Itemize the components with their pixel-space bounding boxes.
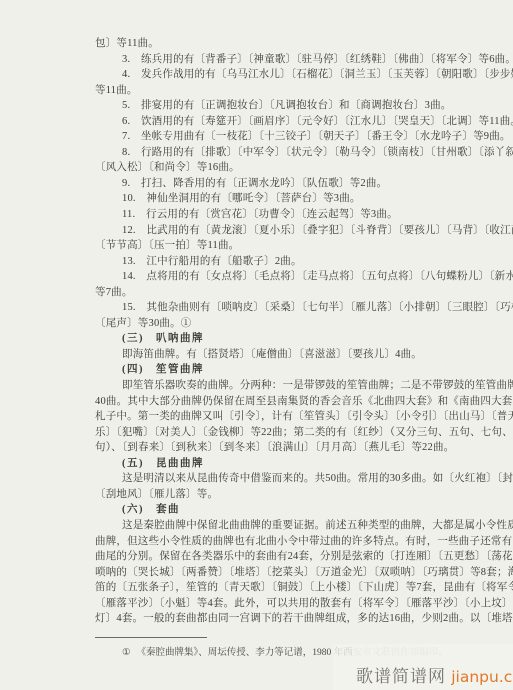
text-line: 5. 排宴用的有〔正调抱妆台〕〔凡调抱妆台〕和〔商调抱妆台〕3曲。 — [95, 98, 513, 114]
text-line: 〔节节高〕〔压一拍〕等11曲。 — [95, 238, 513, 254]
text-line: (三) 叭呐曲牌 — [95, 331, 513, 347]
footnote-text: 《秦腔曲牌集》、周坛传授、李力等记谱，1980 年西 — [137, 648, 353, 658]
text-line: 4. 发兵作战用的有〔乌马江水儿〕〔石榴花〕〔洞兰玉〕〔玉芙蓉〕〔朝阳歌〕〔步步… — [95, 67, 513, 83]
text-line: 这是明清以来从昆曲传奇中借鉴而来的。共50曲。常用的30多曲。如〔火红袍〕〔封王… — [95, 471, 513, 487]
text-line: 等7曲。 — [95, 285, 513, 301]
page-body-text: 包〕等11曲。3. 练兵用的有〔背番子〕〔神童歌〕〔驻马停〕〔红绣鞋〕〔佛曲〕〔… — [95, 36, 513, 627]
text-line: 40曲。其中大部分曲牌仍保留在周至县南集贤的香会音乐《北曲四大套》和《南曲四大套… — [95, 394, 513, 410]
text-line: 15. 其他杂曲则有〔唢呐皮〕〔采桑〕〔七句半〕〔雁儿落〕〔小排朝〕〔三眼腔〕〔… — [95, 300, 513, 316]
text-line: 笛的〔五张条子〕，笙管的〔青天歌〕〔铜鼓〕〔上小楼〕〔下山虎〕等7套，昆曲有〔将… — [95, 580, 513, 596]
text-line: 10. 神仙坐洞用的有〔哪吒令〕〔菩萨台〕等3曲。 — [95, 191, 513, 207]
text-line: (六) 套曲 — [95, 502, 513, 518]
text-line: 曲牌，但这些小令性质的曲牌也有北曲小令中带过曲的许多特点。有时，一些曲子还常有曲… — [95, 534, 513, 550]
watermark-site-name: 歌谱简谱网 — [356, 667, 446, 686]
watermark-site-url: jianpu.cn — [451, 668, 513, 686]
text-line: 9. 打扫、降香用的有〔正调水龙吟〕〔队伍歌〕等2曲。 — [95, 176, 513, 192]
text-line: 等11曲。 — [95, 83, 513, 99]
text-line: 〔尾声〕等30曲。① — [95, 316, 513, 332]
text-line: 即海笛曲牌。有〔搭贤塔〕〔庵僧曲〕〔喜滋滋〕〔要孩儿〕4曲。 — [95, 347, 513, 363]
text-line: 〔风入松〕〔和尚令〕等16曲。 — [95, 160, 513, 176]
text-line: 〔刮地风〕〔雁儿落〕等。 — [95, 487, 513, 503]
text-line: 3. 练兵用的有〔背番子〕〔神童歌〕〔驻马停〕〔红绣鞋〕〔佛曲〕〔将军令〕等6曲… — [95, 52, 513, 68]
text-line: 7. 坐帐专用曲有〔一枝花〕〔十三铰子〕〔朝天子〕〔番王令〕〔水龙吟子〕等9曲。 — [95, 129, 513, 145]
text-line: 即笙管乐器吹奏的曲牌。分两种：一是带锣鼓的笙管曲牌；二是不带锣鼓的笙管曲牌。共 — [95, 378, 513, 394]
text-line: 8. 行路用的有〔排歌〕〔中军令〕〔状元令〕〔勒马令〕〔锁南枝〕〔甘州歌〕〔添丫… — [95, 145, 513, 161]
book-page: 包〕等11曲。3. 练兵用的有〔背番子〕〔神童歌〕〔驻马停〕〔红绣鞋〕〔佛曲〕〔… — [0, 0, 513, 690]
text-line: 这是秦腔曲牌中保留北曲曲牌的重要证据。前述五种类型的曲牌，大都是属小令性质的单只 — [95, 518, 513, 534]
text-line: (五) 昆曲曲牌 — [95, 456, 513, 472]
text-line: 曲尾的分别。保留在各类器乐中的套曲有24套，分别是弦索的〔打连厢〕〔五更愁〕〔荡… — [95, 549, 513, 565]
text-line: 包〕等11曲。 — [95, 36, 513, 52]
footnote-marker: ① — [122, 648, 131, 658]
text-line: 14. 点将用的有〔女点将〕〔毛点将〕〔走马点将〕〔五句点将〕〔八句蝶粉儿〕〔新… — [95, 269, 513, 285]
text-line: 6. 饮酒用的有〔寿筵开〕〔画眉序〕〔元令好〕〔江水儿〕〔哭皇天〕〔北调〕等11… — [95, 114, 513, 130]
text-line: 13. 江中行船用的有〔船歌子〕2曲。 — [95, 254, 513, 270]
text-line: 灯〕4套。一般的套曲都由同一宫调下的若干曲牌组成，多的达16曲，少则2曲。以〔堆… — [95, 611, 513, 627]
text-line: 11. 行云用的有〔赏宫花〕〔功曹令〕〔连云起驾〕等3曲。 — [95, 207, 513, 223]
text-line: 12. 比武用的有〔黄龙滚〕〔夏小乐〕〔叠字犯〕〔斗脊背〕〔要孩儿〕〔马背〕〔收… — [95, 223, 513, 239]
text-line: 唢呐的〔哭长城〕〔两番赞〕〔堆塔〕〔挖菜头〕〔万道金光〕〔双唢呐〕〔巧璃贯〕等8… — [95, 565, 513, 581]
text-line: 句）、〔到春来〕〔到秋来〕〔到冬来〕〔浪满山〕〔月月高〕〔燕儿毛〕等22曲。 — [95, 440, 513, 456]
text-line: 札子中。第一类的曲牌又叫〔引令〕，计有〔笙管头〕〔引令头〕〔小令引〕〔出山马〕〔… — [95, 409, 513, 425]
watermark: 歌谱简谱网 jianpu.cn — [356, 662, 513, 687]
text-line: (四) 笙管曲牌 — [95, 362, 513, 378]
text-line: 乐〕〔犯嘴〕〔对美人〕〔金钱柳〕等22曲；第二类的有〔红纱〕（又分三句、五句、七… — [95, 425, 513, 441]
text-line: 〔雁落平沙〕〔小魁〕等4套。此外，可以共用的散套有〔将军令〕〔雁落平沙〕〔小上坟… — [95, 596, 513, 612]
footnote-divider — [95, 637, 207, 638]
